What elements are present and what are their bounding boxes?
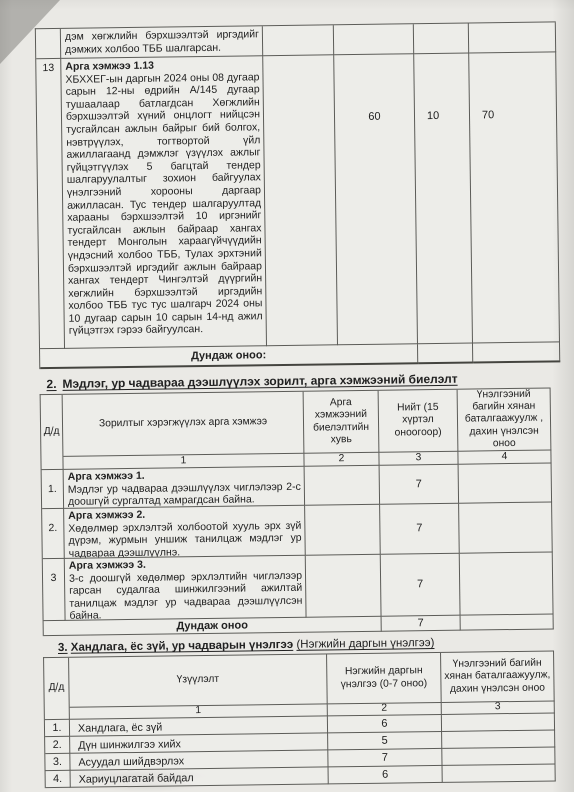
row-number-cell: 4.	[46, 771, 71, 788]
carryover-text-cell: дэм хөгжлийн бэрхшээлтэй иргэдийг дэмжих…	[61, 26, 263, 59]
column-header-measure: Зорилтыг хэрэгжүүлэх арга хэмжээ	[63, 392, 305, 457]
column-header-dd: Д/д	[44, 658, 70, 720]
measure-text-cell: Арга хэмжээ 2.Хөдөлмөр эрхлэлтэй холбоот…	[64, 506, 306, 559]
empty-cell	[334, 24, 414, 55]
empty-cell	[418, 343, 473, 364]
empty-cell	[461, 614, 554, 630]
manager-score-cell: 7	[328, 749, 442, 767]
section3-title-bold: Хандлага, ёс зүй, ур чадварын үнэлгээ	[71, 639, 294, 654]
manager-score-cell: 6	[328, 715, 442, 733]
empty-cell	[473, 342, 560, 363]
percent-cell	[305, 505, 381, 556]
measure-body: Мэдлэг ур чадвараа дээшлүүлэх чиглэлээр …	[68, 480, 301, 508]
column-header-verified: Үнэлгээний багийн хянан баталгаажуулж , …	[458, 388, 552, 451]
score-mid-cell: 10	[414, 54, 473, 345]
table-knowledge-skills: Д/д Зорилтыг хэрэгжүүлэх арга хэмжээ Арг…	[40, 387, 554, 636]
column-header-percent: Арга хэмжээний биелэлтийн хувь	[304, 391, 380, 454]
row-number-cell: 3.	[45, 754, 70, 771]
verified-score-cell	[442, 730, 555, 748]
percent-cell	[305, 466, 381, 506]
row-number-cell: 1.	[42, 470, 65, 509]
document-sheet: дэм хөгжлийн бэрхшээлтэй иргэдийг дэмжих…	[0, 0, 565, 789]
measure-text-cell: Арга хэмжээ 1.13ХБХХЕГ-ын даргын 2024 он…	[61, 56, 267, 349]
row-number-cell	[36, 29, 61, 59]
table-measures-continuation: дэм хөгжлийн бэрхшээлтэй иргэдийг дэмжих…	[35, 21, 560, 369]
manager-score-cell: 5	[328, 732, 442, 750]
empty-cell	[414, 24, 469, 55]
column-number: 2	[304, 453, 379, 467]
row-number-cell: 1.	[45, 720, 70, 737]
average-score-label: Дундаж оноо	[44, 617, 382, 636]
column-header-verified: Үнэлгээний багийн хянан баталгаажуулж, д…	[441, 651, 555, 702]
percent-cell	[306, 555, 382, 618]
measure-text-cell: Арга хэмжээ 3.3-с доошгүй хөдөлмөр эрхлэ…	[65, 556, 307, 621]
manager-score-cell: 6	[329, 766, 443, 784]
section3-title-normal: (Нэгжийн даргын үнэлгээ)	[296, 637, 434, 651]
row-number-cell: 3	[43, 559, 66, 621]
section2-title: Мэдлэг, ур чадвараа дээшлүүлэх зорилт, а…	[62, 372, 457, 391]
score-percent-cell: 60	[334, 54, 418, 345]
section2-number: 2.	[46, 377, 62, 391]
measure-text-cell: Арга хэмжээ 1.Мэдлэг ур чадвараа дээшлүү…	[64, 467, 305, 509]
column-header-indicator: Үзүүлэлт	[69, 654, 328, 707]
average-total-cell: 7	[382, 616, 461, 632]
section3-number: 3.	[58, 642, 68, 654]
measure-body: ХБХХЕГ-ын даргын 2024 оны 08 дугаар сары…	[65, 71, 262, 337]
measure-body: 3-с доошгүй хөдөлмөр эрхлэлтийн чиглэлээ…	[69, 569, 302, 621]
verified-score-cell	[442, 747, 555, 765]
average-score-label: Дундаж оноо:	[40, 344, 418, 369]
empty-cell	[469, 22, 556, 53]
row-number-cell: 2.	[45, 737, 70, 754]
verified-score-cell	[460, 552, 554, 615]
verified-score-cell	[442, 713, 555, 731]
table-attitude-ethics: Д/д Үзүүлэлт Нэгжийн даргын үнэлгээ (0-7…	[43, 650, 556, 788]
verified-score-cell	[459, 463, 553, 503]
empty-cell	[263, 25, 334, 56]
row-number-cell: 2.	[42, 509, 65, 559]
column-header-manager-score: Нэгжийн даргын үнэлгээ (0-7 оноо)	[327, 653, 442, 704]
total-score-cell: 7	[381, 554, 461, 617]
column-header-total: Нийт (15 хүртэл оноогоор)	[379, 390, 459, 453]
empty-cell	[263, 55, 338, 346]
verified-score-cell	[443, 764, 556, 782]
verified-score-cell	[459, 502, 553, 553]
total-score-cell: 7	[380, 465, 460, 505]
scanned-document-page: дэм хөгжлийн бэрхшээлтэй иргэдийг дэмжих…	[0, 0, 574, 792]
score-total-cell: 70	[469, 52, 560, 343]
column-number: 3	[379, 452, 458, 466]
measure-body: Хөдөлмөр эрхлэлтэй холбоотой хууль эрх з…	[68, 519, 301, 559]
column-header-dd: Д/д	[41, 395, 64, 470]
indicator-label-cell: Хариуцлагатай байдал	[71, 767, 329, 787]
column-number: 4	[458, 450, 551, 464]
row-number-cell: 13	[36, 59, 65, 349]
total-score-cell: 7	[380, 504, 460, 555]
